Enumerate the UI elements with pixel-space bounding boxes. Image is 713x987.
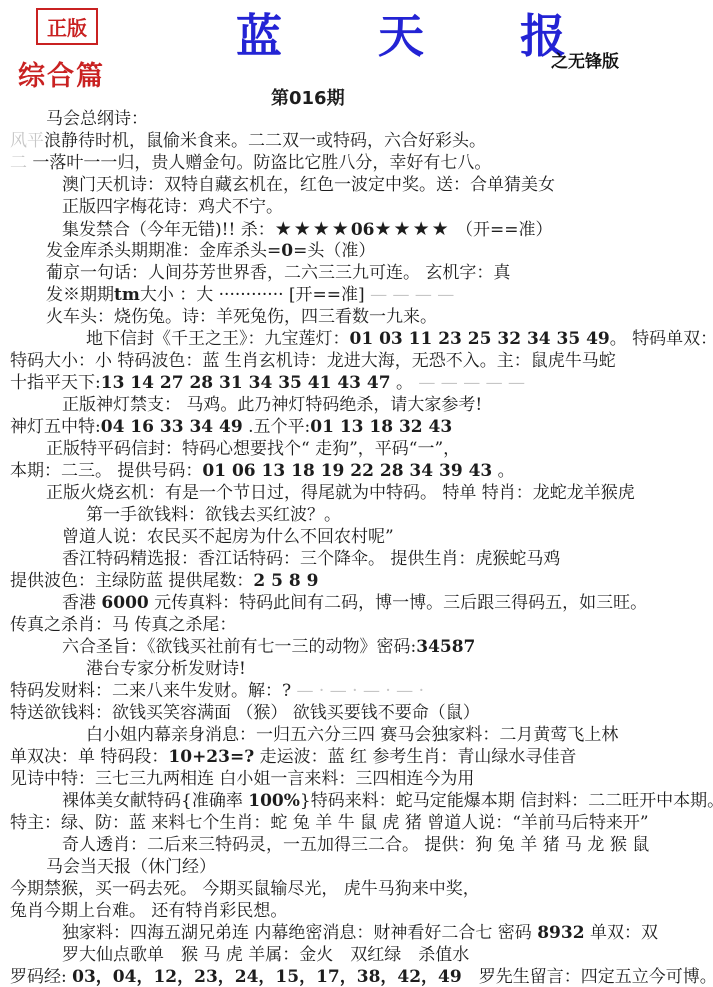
text-segment: 罗先生留言：四定五立今可博。组码 [462,967,713,987]
text-segment: 特主：绿、防：蓝 来料七个生肖：蛇 兔 羊 牛 鼠 虎 猪 曾道人说：“羊前马后… [10,813,649,833]
text-segment: tm [114,285,140,305]
text-line: 发※期期tm大小 ：大 ············ [开==准] — — — — [0,284,713,306]
text-line: 马会总纲诗： [0,108,713,130]
text-segment: 6000 [101,593,148,613]
text-line: 罗码经: 03，04，12，23，24，15，17，38，42，49 罗先生留言… [0,966,713,987]
text-line: 特码大小：小 特码波色：蓝 生肖玄机诗：龙进大海，无恐不入。主：鼠虎牛马蛇 [0,350,713,372]
text-segment: 风平 [10,131,44,151]
text-segment: 马会当天报（休门经） [46,857,216,877]
text-line: 地下信封《千王之王》：九宝莲灯：01 03 11 23 25 32 34 35 … [0,328,713,350]
text-line: 发金库杀头期期准：金库杀头=0=头（准） [0,240,713,262]
text-segment: — — — — [370,285,454,305]
text-segment: 8932 [537,923,584,943]
text-line: 风平浪静待时机，鼠偷米食来。二二双一或特码，六合好彩头。 [0,130,713,152]
text-line: 今期禁猴，买一码去死。 今期买鼠输尽光， 虎牛马狗来中奖， [0,878,713,900]
text-segment: 特送欲钱料：欲钱买笑容满面 （猴） 欲钱买要钱不要命（鼠） [10,703,480,723]
text-line: 见诗中特：三七三九两相连 白小姐一言来料：三四相连今为用 [0,768,713,790]
text-segment: 独家料：四海五湖兄弟连 内幕绝密消息：财神看好二合七 密码 [62,923,537,943]
text-segment: 特码大小：小 特码波色：蓝 生肖玄机诗：龙进大海，无恐不入。主：鼠虎牛马蛇 [10,351,616,371]
text-line: 正版火烧玄机：有是一个节日过，得尾就为中特码。 特单 特肖：龙蛇龙羊猴虎 [0,482,713,504]
text-segment: 葡京一句话：人间芬芳世界香，二六三三九可连。 玄机字：真 [46,263,510,283]
text-segment: 白小姐内幕亲身消息：一归五六分三四 赛马会独家料：二月黄莺飞上林 [86,725,618,745]
text-segment: 单双决：单 特码段： [10,747,168,767]
text-segment: 第一手欲钱料：欲钱去买红波？。 [86,505,341,525]
text-segment: 今期禁猴，买一码去死。 今期买鼠输尽光， 虎牛马狗来中奖， [10,879,480,899]
text-line: 特码发财料：二来八来牛发财。解：? — · — · — · — · [0,680,713,702]
text-segment: 04 16 33 34 49 [101,417,243,437]
text-line: 第一手欲钱料：欲钱去买红波？。 [0,504,713,526]
text-line: 六合圣旨：《欲钱买社前有七一三的动物》密码:34587 [0,636,713,658]
text-line: 葡京一句话：人间芬芳世界香，二六三三九可连。 玄机字：真 [0,262,713,284]
text-segment: 元传真料：特码此间有二码，博一博。三后跟三得码五，如三旺。 [149,593,647,613]
text-segment: 2 5 8 9 [253,571,318,591]
text-segment: 地下信封《千王之王》：九宝莲灯： [86,329,350,349]
text-segment: 集发禁合（今年无错)!! 杀： [62,220,275,240]
text-segment: 见诗中特：三七三九两相连 白小姐一言来料：三四相连今为用 [10,769,474,789]
text-segment: 二 [10,153,32,173]
text-segment: 本期：二三。 提供号码： [10,461,202,481]
text-line: 曾道人说：农民买不起房为什么不回农村呢” [0,526,713,548]
text-segment: 罗码经: [10,967,72,987]
text-line: 澳门天机诗：双特自藏玄机在，红色一波定中奖。送：合单猜美女 [0,174,713,196]
genuine-badge: 正版 [36,8,98,45]
text-segment: 香江特码精选报：香江话特码：三个降伞。 提供生肖：虎猴蛇马鸡 [62,549,560,569]
text-segment: 01 06 13 18 19 22 28 34 39 43 [202,461,492,481]
text-segment: 34587 [416,637,475,657]
text-segment: 传真之杀肖：马 传真之杀尾： [10,615,236,635]
text-segment: 曾道人说：农民买不起房为什么不回农村呢” [62,527,394,547]
text-segment: — — — — — [418,373,525,393]
text-segment: =头（准） [293,241,375,261]
text-segment: 03，04，12，23，24，15，17，38，42，49 [72,967,462,987]
text-segment: 正版火烧玄机：有是一个节日过，得尾就为中特码。 特单 特肖：龙蛇龙羊猴虎 [46,483,635,503]
text-segment: 裸体美女献特码{准确率 [62,791,248,811]
edition-label: 之无锋版 [551,47,619,72]
text-line: 马会当天报（休门经） [0,856,713,878]
text-segment: 正版神灯禁支： 马鸡。此乃神灯特码绝杀，请大家参考! [62,395,482,415]
text-line: 集发禁合（今年无错)!! 杀：★★★★06★★★★ （开==准） [0,218,713,240]
text-segment: 十指平天下: [10,373,101,393]
text-line: 正版特平码信封：特码心想要找个“ 走狗”，平码“一”， [0,438,713,460]
text-segment: 神灯五中特: [10,417,101,437]
text-line: 单双决：单 特码段：10+23=? 走运波：蓝 红 参考生肖：青山绿水寻佳音 [0,746,713,768]
text-segment: 。 [391,373,419,393]
text-line: 传真之杀肖：马 传真之杀尾： [0,614,713,636]
text-line: 罗大仙点歌单 猴 马 虎 羊属：金火 双红绿 杀值水 [0,944,713,966]
text-segment: 。 [492,461,514,481]
text-segment: 提供波色：主绿防蓝 提供尾数： [10,571,253,591]
text-segment: 100% [248,791,300,811]
text-segment: 港台专家分析发财诗! [86,659,246,679]
text-line: 白小姐内幕亲身消息：一归五六分三四 赛马会独家料：二月黄莺飞上林 [0,724,713,746]
text-line: 提供波色：主绿防蓝 提供尾数：2 5 8 9 [0,570,713,592]
star-glyphs: ★★★★ [275,218,351,240]
text-line: 正版神灯禁支： 马鸡。此乃神灯特码绝杀，请大家参考! [0,394,713,416]
text-line: 特送欲钱料：欲钱买笑容满面 （猴） 欲钱买要钱不要命（鼠） [0,702,713,724]
text-segment: 走运波：蓝 红 参考生肖：青山绿水寻佳音 [254,747,576,767]
text-line: 十指平天下:13 14 27 28 31 34 35 41 43 47 。 — … [0,372,713,394]
text-segment: 13 14 27 28 31 34 35 41 43 47 [101,373,391,393]
text-line: 香港 6000 元传真料：特码此间有二码，博一博。三后跟三得码五，如三旺。 [0,592,713,614]
text-segment: 澳门天机诗：双特自藏玄机在，红色一波定中奖。送：合单猜美女 [62,175,555,195]
text-segment: 罗大仙点歌单 猴 马 虎 羊属：金火 双红绿 杀值水 [62,945,469,965]
text-line: 二 一落叶一一归，贵人赠金句。防盗比它胜八分，幸好有七八。 [0,152,713,174]
text-line: 正版四字梅花诗：鸡犬不宁。 [0,196,713,218]
text-segment: 发金库杀头期期准：金库杀头= [46,241,281,261]
body-lines: 马会总纲诗：风平浪静待时机，鼠偷米食来。二二双一或特码，六合好彩头。二 一落叶一… [0,106,713,987]
text-segment: 兔肖今期上台难。 还有特肖彩民想。 [10,901,287,921]
text-segment: 0 [281,241,293,261]
text-segment: 香港 [62,593,101,613]
text-segment: .五个平: [243,417,311,437]
text-line: 火车头：烧伤兔。诗：羊死兔伤，四三看数一九来。 [0,306,713,328]
text-segment: 发※期期 [46,285,114,305]
text-segment: 浪静待时机，鼠偷米食来。二二双一或特码，六合好彩头。 [44,131,486,151]
text-segment: 10+23=? [168,747,254,767]
page-header: 正版 蓝 天 报 之无锋版 综合篇 第016期 [0,0,713,106]
text-line: 独家料：四海五湖兄弟连 内幕绝密消息：财神看好二合七 密码 8932 单双：双 [0,922,713,944]
text-line: 本期：二三。 提供号码：01 06 13 18 19 22 28 34 39 4… [0,460,713,482]
text-line: 港台专家分析发财诗! [0,658,713,680]
text-segment: }特码来料：蛇马定能爆本期 信封料：二二旺开中本期。 [300,791,713,811]
text-line: 奇人透肖：二后来三特码灵，一五加得三二合。 提供：狗 兔 羊 猪 马 龙 猴 鼠 [0,834,713,856]
text-segment: 六合圣旨：《欲钱买社前有七一三的动物》密码: [62,637,416,657]
text-segment: 特码发财料：二来八来牛发财。解：? [10,681,297,701]
text-segment: 06 [351,220,375,240]
text-segment: 奇人透肖：二后来三特码灵，一五加得三二合。 提供：狗 兔 羊 猪 马 龙 猴 鼠 [62,835,649,855]
text-segment: （开==准） [451,220,553,240]
text-segment: 01 13 18 32 43 [310,417,452,437]
text-segment: — · — · — · — · [297,681,424,701]
text-segment: 正版四字梅花诗：鸡犬不宁。 [62,197,283,217]
text-line: 神灯五中特:04 16 33 34 49 .五个平:01 13 18 32 43 [0,416,713,438]
text-line: 香江特码精选报：香江话特码：三个降伞。 提供生肖：虎猴蛇马鸡 [0,548,713,570]
newspaper-page: 正版 蓝 天 报 之无锋版 综合篇 第016期 马会总纲诗：风平浪静待时机，鼠偷… [0,0,713,987]
section-label: 综合篇 [18,54,105,93]
text-line: 兔肖今期上台难。 还有特肖彩民想。 [0,900,713,922]
text-line: 特主：绿、防：蓝 来料七个生肖：蛇 兔 羊 牛 鼠 虎 猪 曾道人说：“羊前马后… [0,812,713,834]
text-segment: 01 03 11 23 25 32 34 35 49 [350,329,610,349]
text-segment: 大小 ：大 ············ [开==准] [140,285,370,305]
issue-number: 第016期 [271,84,345,110]
star-glyphs: ★★★★ [375,218,451,240]
text-segment: 一落叶一一归，贵人赠金句。防盗比它胜八分，幸好有七八。 [32,153,491,173]
text-segment: 单双：双 [585,923,658,943]
text-line: 裸体美女献特码{准确率 100%}特码来料：蛇马定能爆本期 信封料：二二旺开中本… [0,790,713,812]
text-segment: 火车头：烧伤兔。诗：羊死兔伤，四三看数一九来。 [46,307,437,327]
text-segment: 马会总纲诗： [46,109,148,129]
text-segment: 。 特码单双：单 [610,329,713,349]
text-segment: 正版特平码信封：特码心想要找个“ 走狗”，平码“一”， [46,439,460,459]
